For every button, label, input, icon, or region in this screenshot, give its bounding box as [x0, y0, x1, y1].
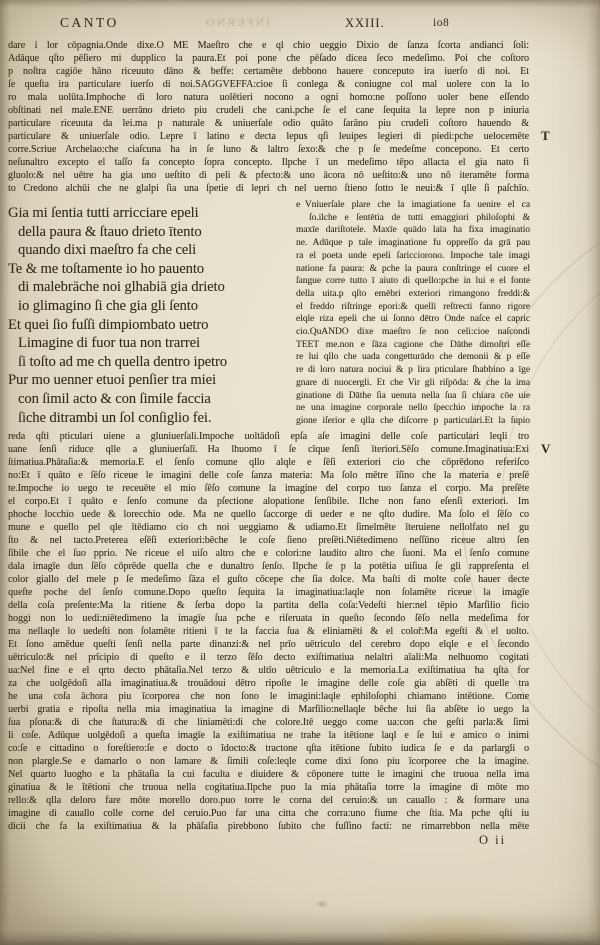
commentary-line: natione fa paura: & pche la paura conſtr… [296, 263, 530, 276]
commentary-line: ſto & nel tacto.Preterea eſēſi exteriori… [8, 534, 529, 547]
commentary-line: maxīe dariſtotele. Maxīe quādo laīa ha f… [296, 224, 530, 237]
commentary-line: li coſe. Adūque uolgēdoſi a queſta imagī… [8, 729, 529, 742]
commentary-line: he una coſa āchora piu īcorporea che non… [8, 690, 529, 703]
commentary-line: non plargle.Se e damarlo o non lamare & … [8, 755, 529, 768]
verse-line: di malebrāche noi glhabiā gia drieto [8, 278, 288, 297]
commentary-line: reda qſti pticulari uiene a gluniuerſali… [8, 430, 529, 443]
commentary-line: corre.Scriue Archelao:che ciaſcuna ha in… [8, 143, 529, 156]
two-column-section: Gia mi ſentia tutti arricciare epelidell… [8, 199, 530, 430]
commentary-line: queſte poche del ſenſo comune.Dopo queſt… [8, 586, 529, 599]
commentary-block-lower: reda qſti pticulari uiene a gluniuerſali… [8, 430, 529, 833]
commentary-line: particulare riceuuta da lei.ma p natural… [8, 117, 529, 130]
commentary-line: ginatione di Dāthe ſia uenuta nella ſua … [296, 390, 530, 403]
commentary-line: gluolo:& nel uētre ha gia uno ueſtito di… [8, 169, 529, 182]
commentary-line: ua:Nel fine e el qrto decto phātaſia.Nel… [8, 664, 529, 677]
verse-line: Pur mo uenner etuoi penſier tra miei [8, 371, 288, 390]
commentary-line: dala imagīe dun ſēſo cōprēde quella che … [8, 560, 529, 573]
verse-line: Limagine di fuor tua non trarrei [8, 334, 288, 353]
commentary-line: della uita.p qſto emēbri exteriori riman… [296, 288, 530, 301]
verse-line: ſi toſto ad me ch quella dentro ipetro [8, 353, 288, 372]
verse-line: Gia mi ſentia tutti arricciare epeli [8, 204, 288, 223]
commentary-line: to Credono alchūi che ne glalpi ſia una … [8, 182, 529, 195]
commentary-line: ra el poeta unde epeli ſaricciorono. Imp… [296, 250, 530, 263]
commentary-line: Adāque qſto pēſiero mi dupplico la paura… [8, 52, 529, 65]
canto-numeral: XXIII. [345, 16, 385, 31]
commentary-line: ma nellaqle lo uedeſti non ſolamēte riti… [8, 625, 529, 638]
commentary-line: ne. Adūque p tale imaginatione fu oppreſ… [296, 237, 530, 250]
commentary-line: rello:& qlla deloro fare mōte morello do… [8, 794, 529, 807]
commentary-line: el freddo riſtringe epori:& quelli reſtr… [296, 301, 530, 314]
margin-letter-v: V [541, 441, 550, 457]
folio-number: io8 [433, 17, 449, 29]
commentary-line: ne una imagine corporale nello ſpecchio … [296, 402, 530, 415]
verse-line: con ſimil acto & con ſimile faccia [8, 390, 288, 409]
commentary-line: ſe queſta ira particulare iuerſo di noi.… [8, 78, 529, 91]
commentary-line: ſangue corre tutto ī aiuto di quello:pch… [296, 275, 530, 288]
commentary-line: gione iſerior e qlla che diſcorre p part… [296, 415, 530, 428]
commentary-line: p noſtra cagiōe hāno riceuuto dāno & bef… [8, 65, 529, 78]
verse-line: della paura & ſtauo drieto ītento [8, 223, 288, 242]
commentary-line: te.Impoche io uego te receuēte el mio ſē… [8, 482, 529, 495]
commentary-line: ro mala uolūta.Imphoche di loro natura u… [8, 91, 529, 104]
commentary-line: no:Et ī quāto e ſēſo riceue le imagini d… [8, 469, 529, 482]
commentary-line: cio.QuANDO dixe maeſtro ſe non celi:cioe… [296, 326, 530, 339]
commentary-line: co:ſe e cittadino o foreſtiero:ſe e doct… [8, 742, 529, 755]
commentary-line: imagine di cauallo colle corne del cerui… [8, 807, 529, 820]
margin-letter-t: T [541, 128, 550, 144]
verse-line: io glimagino ſi che gia gli ſento [8, 297, 288, 316]
commentary-line: particulare & uniuerſale odio. Lepre ī l… [8, 130, 529, 143]
commentary-line: obſtinati nel male.ENE uerrāno drieto pi… [8, 104, 529, 117]
commentary-line: za che uolgēdoſi alla imaginatiua.& trou… [8, 677, 529, 690]
commentary-line: ginatiua & le ītētioni che truoua nella … [8, 781, 529, 794]
verse-line: quando dixi maeſtro fa che celi [8, 241, 288, 260]
commentary-line: Et ſono amēdue queſti ſenſi nella parte … [8, 638, 529, 651]
commentary-line: ſo.ilche e ſentētia de tutti emaggiori p… [296, 212, 530, 225]
commentary-line: uane ſenſi riduce qlle a gluniuerſalī. H… [8, 443, 529, 456]
show-through-text: INFERNO [160, 15, 270, 30]
commentary-column: e Vniuerſale plare che la imagiatione fa… [296, 199, 530, 428]
commentary-line: dicii che fa la exiſtimatiua & la phāſaſ… [8, 820, 529, 833]
commentary-line: mune e quello pel qle ītēdiamo cio ch no… [8, 521, 529, 534]
commentary-line: dare i lor cōpagnia.Onde dixe.O ME Maeſt… [8, 39, 529, 52]
commentary-line: ſtimatiua.Phātaſia:& memoria.E el ſenſo … [8, 456, 529, 469]
running-title: CANTO [60, 15, 119, 31]
commentary-line: gnare di nuocergli. Et che Vir gli riſpō… [296, 377, 530, 390]
verse-line: Te & me toſtamente io ho pauento [8, 260, 288, 279]
commentary-line: neſunaltro excepto el taſſo fa concepto … [8, 156, 529, 169]
commentary-line: re di loro natura nociui & p lira pticul… [296, 364, 530, 377]
commentary-line: ſibile che el ſuo pprio. Ne riceue el ui… [8, 547, 529, 560]
commentary-line: della coſa preſente:Ma la ritiene & ſerb… [8, 599, 529, 612]
commentary-line: uerbi gratia e ripoſta nella mia imagina… [8, 703, 529, 716]
verse-line: Et quei ſio fuſſi dimpiombato uetro [8, 316, 288, 335]
verse-column: Gia mi ſentia tutti arricciare epelidell… [8, 204, 288, 427]
commentary-line: re lui qllo che uada congetturādo che de… [296, 351, 530, 364]
commentary-line: Nel quarto luogho e la phātaſia la cui f… [8, 768, 529, 781]
book-page: INFERNO CANTO XXIII. io8 dare i lor cōpa… [0, 0, 600, 945]
commentary-line: el corpo.Et ī quāto e ſenſo comune da pſ… [8, 495, 529, 508]
commentary-line: uētriculo:& nel prīcipio di queſto e il … [8, 651, 529, 664]
signature-mark: O ii [479, 833, 506, 848]
commentary-line: hoggi non lo uedi:niētedimeno la imagīe … [8, 612, 529, 625]
commentary-line: e Vniuerſale plare che la imagiatione fa… [296, 199, 530, 212]
commentary-block-upper: dare i lor cōpagnia.Onde dixe.O ME Maeſt… [8, 39, 529, 195]
commentary-line: elqle riza epeli che ui ſonno dētro Onde… [296, 313, 530, 326]
commentary-line: TEET me.non e ſāza cagione che Dāthe dim… [296, 339, 530, 352]
commentary-line: phoche locchio uede & lorecchio ode. Ma … [8, 508, 529, 521]
commentary-line: color giallo del mele p ſe medeſimo ſāza… [8, 573, 529, 586]
verse-line: ſiche ditrambi un ſol conſiglio fei. [8, 409, 288, 428]
commentary-line: ſua pſona:& di che ſtatura:& di che lini… [8, 716, 529, 729]
